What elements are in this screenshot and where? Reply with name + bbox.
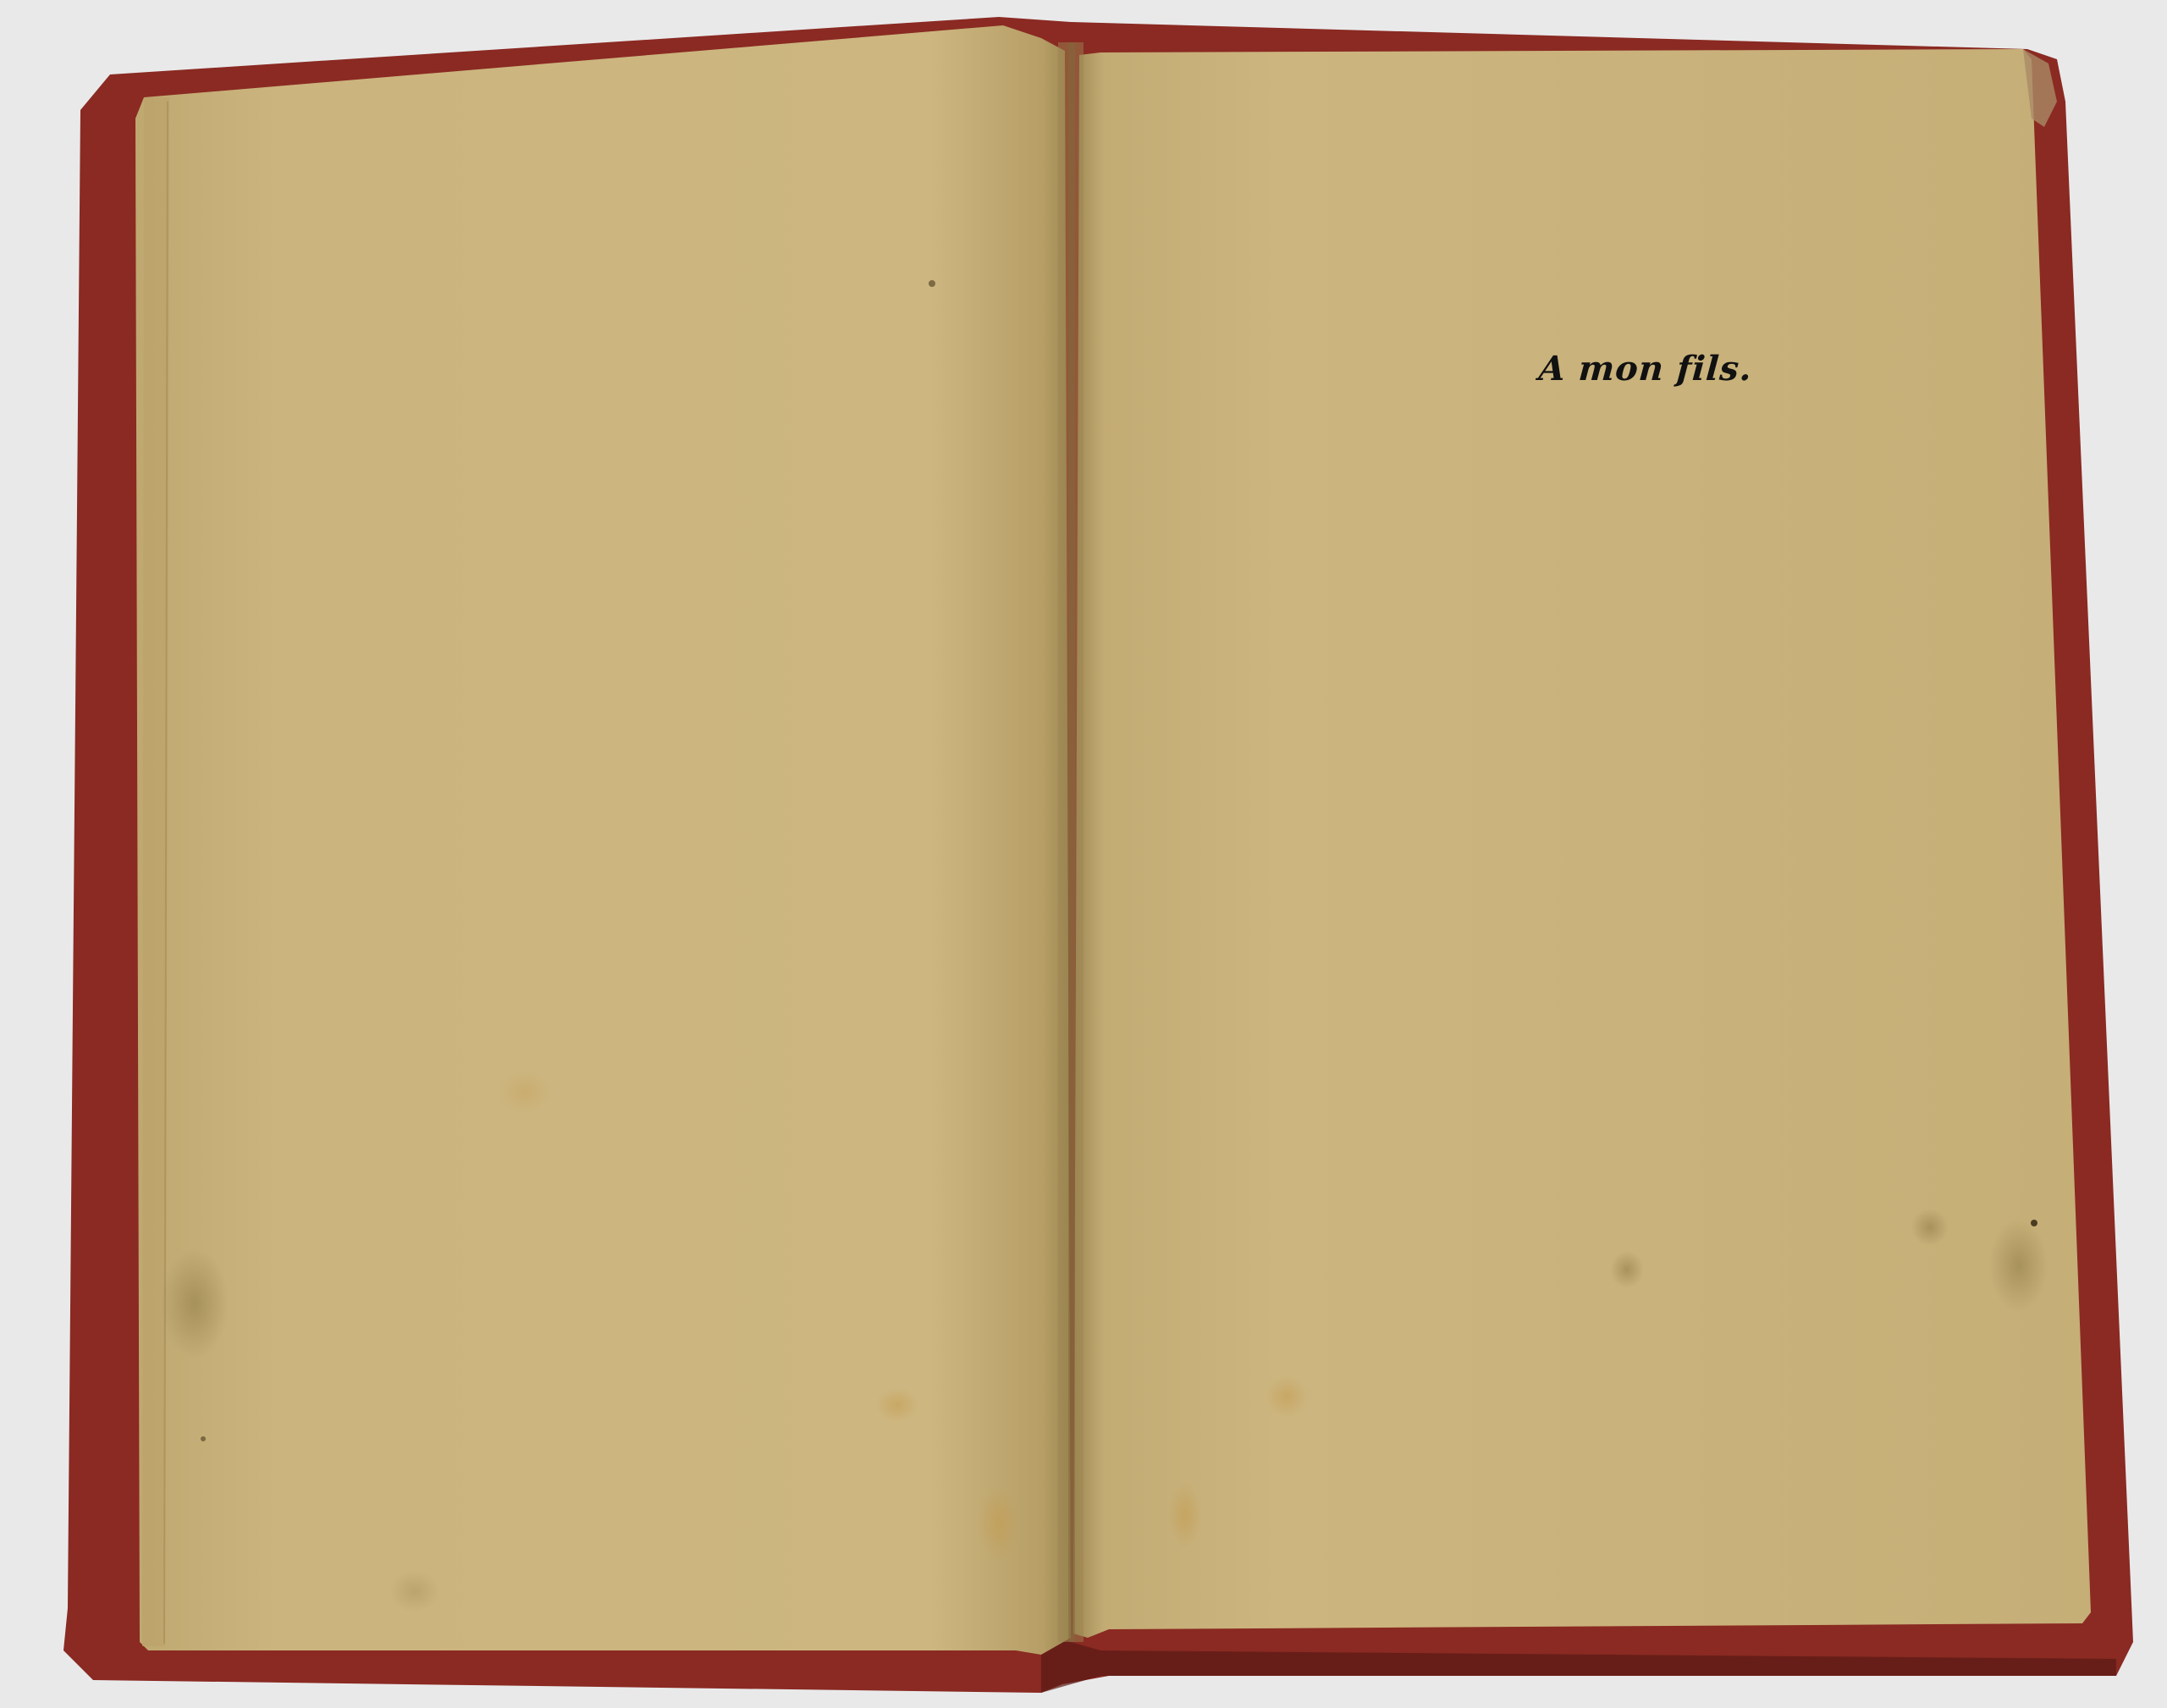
right-page xyxy=(1073,49,2091,1638)
book-photo: A mon fils. xyxy=(0,0,2167,1708)
dedication-text: A mon fils. xyxy=(1537,349,1753,388)
left-page xyxy=(135,25,1071,1655)
open-book xyxy=(0,0,2167,1708)
